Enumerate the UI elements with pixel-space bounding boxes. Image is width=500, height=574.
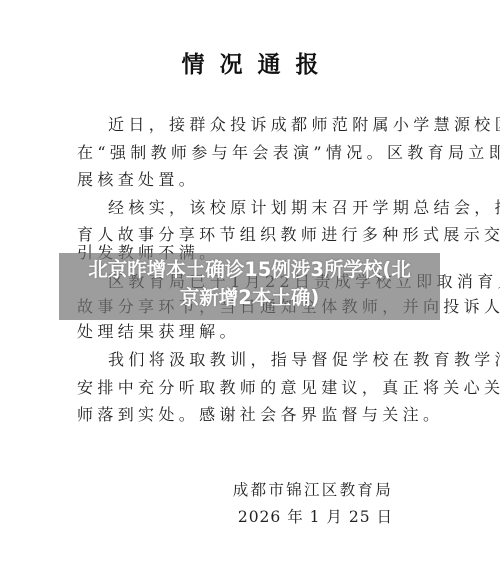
paragraph-4-line-3: 师落到实处。感谢社会各界监督与关注。 xyxy=(77,405,427,425)
caption-overlay-line-2: 京新增2本土确) xyxy=(59,286,440,310)
document-title: 情况通报 xyxy=(0,46,500,79)
caption-overlay-line-1: 北京昨增本土确诊15例涉3所学校(北 xyxy=(59,258,440,282)
paragraph-2-line-2: 育人故事分享环节组织教师进行多种形式展示交流， xyxy=(77,225,427,245)
paragraph-4-line-2: 安排中充分听取教师的意见建议，真正将关心关爱教 xyxy=(77,378,427,398)
paragraph-4-line-1: 我们将汲取教训，指导督促学校在教育教学活动 xyxy=(108,350,458,370)
paragraph-2-line-1: 经核实，该校原计划期末召开学期总结会，拟在 xyxy=(108,198,458,218)
issuer-signature: 成都市锦江区教育局 xyxy=(233,480,393,500)
paragraph-1-line-1: 近日，接群众投诉成都师范附属小学慧源校区存 xyxy=(108,115,458,135)
paragraph-3-line-3: 处理结果获理解。 xyxy=(77,322,427,342)
issue-date: 2026 年 1 月 25 日 xyxy=(238,507,393,527)
paragraph-1-line-3: 展核查处置。 xyxy=(77,170,427,190)
paragraph-1-line-2: 在“强制教师参与年会表演”情况。区教育局立即开 xyxy=(77,143,427,163)
